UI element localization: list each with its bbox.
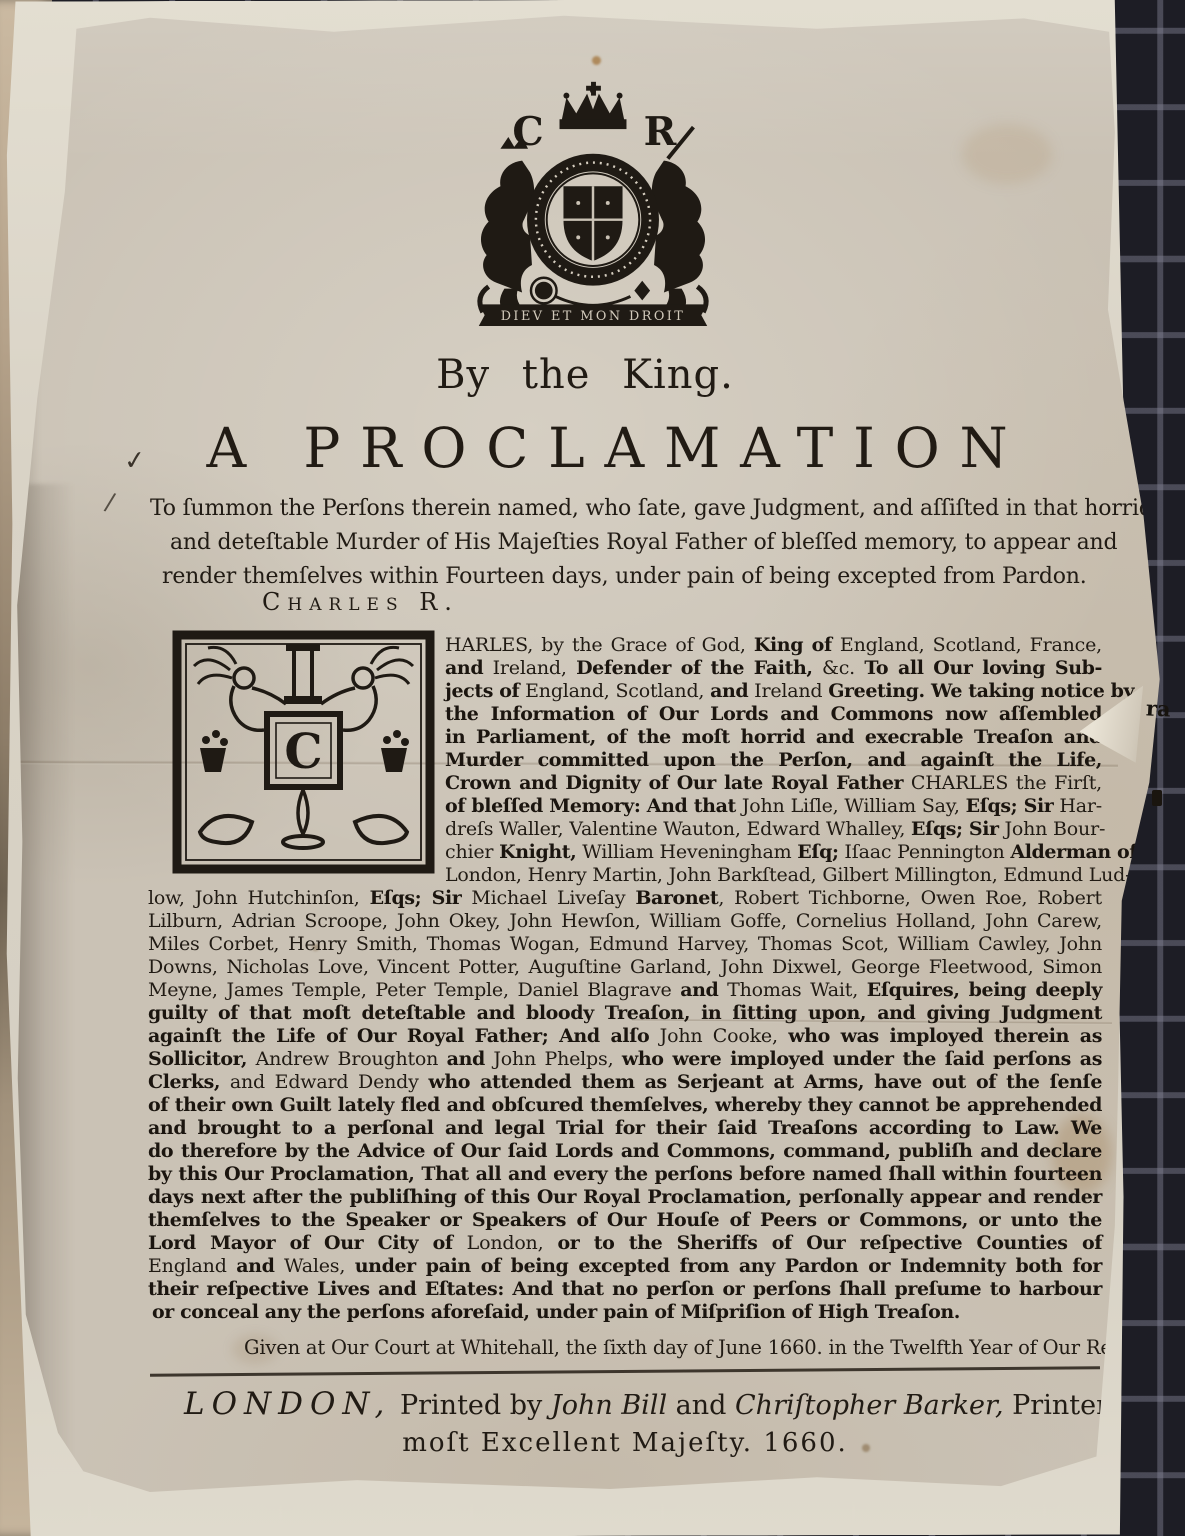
text-line: and deteſtable Murder of His Majeſties R…	[150, 526, 1098, 560]
text-line: do therefore by the Advice of Our ſaid L…	[148, 1140, 1102, 1163]
motto-banner: DIEV ET MON DROIT	[479, 304, 707, 326]
peeking-print-fleck	[1152, 790, 1162, 806]
text-line: Clerks, and Edward Dendy who attended th…	[148, 1071, 1102, 1094]
text-line: of bleſſed Memory: And that John Liſle, …	[148, 795, 1102, 818]
text-line: HARLES, by the Grace of God, King of Eng…	[148, 634, 1102, 657]
text-line: or conceal any the perſons aforeſaid, un…	[148, 1301, 1102, 1324]
text-line: England and Wales, under pain of being e…	[148, 1255, 1102, 1278]
proclamation-title: A PROCLAMATION	[140, 416, 1094, 480]
text-line: their reſpective Lives and Eſtates: And …	[148, 1278, 1102, 1301]
motto-text: DIEV ET MON DROIT	[501, 309, 686, 324]
text-line: by this Our Proclamation, That all and e…	[148, 1163, 1102, 1186]
royal-coat-of-arms: C R	[465, 68, 721, 330]
imprint-line-2: moſt Excellent Majeſty. 1660.	[148, 1428, 1102, 1458]
lion-supporter-icon	[480, 137, 534, 314]
text-line: themſelves to the Speaker or Speakers of…	[148, 1209, 1102, 1232]
imprint-line-1: LONDON, Printed by John Bill and Chriſto…	[184, 1386, 1185, 1422]
text-line: Lord Mayor of Our City of London, or to …	[148, 1232, 1102, 1255]
text-line: in Parliament, of the moſt horrid and ex…	[148, 726, 1102, 749]
printed-content: C R	[148, 14, 1102, 1492]
royal-shield	[563, 186, 622, 261]
text-line: the Information of Our Lords and Commons…	[148, 703, 1102, 726]
photograph-of-proclamation: C R	[0, 0, 1185, 1536]
kicker-by-the-king: By the King.	[108, 352, 1062, 398]
text-line: guilty of that moſt deteſtable and blood…	[148, 1002, 1102, 1025]
proclamation-body-text: HARLES, by the Grace of God, King of Eng…	[148, 634, 1102, 1324]
handwritten-slash-mark: /	[103, 487, 118, 516]
text-line: Miles Corbet, Henry Smith, Thomas Wogan,…	[148, 933, 1102, 956]
text-line: Downs, Nicholas Love, Vincent Potter, Au…	[148, 956, 1102, 979]
text-line: Sollicitor, Andrew Broughton and John Ph…	[148, 1048, 1102, 1071]
text-line: Lilburn, Adrian Scroope, John Okey, John…	[148, 910, 1102, 933]
dateline-whitehall: Given at Our Court at Whitehall, the ſix…	[244, 1336, 1148, 1359]
text-line: chier Knight, William Heveningham Eſq; I…	[148, 841, 1102, 864]
crown-icon	[560, 82, 627, 129]
text-line: Murder committed upon the Perſon, and ag…	[148, 749, 1102, 772]
unicorn-supporter-icon	[652, 127, 706, 314]
text-line: and Ireland, Defender of the Faith, &c. …	[148, 657, 1102, 680]
handwritten-checkmark: ✓	[122, 445, 147, 477]
text-line: London, Henry Martin, John Barkſtead, Gi…	[148, 864, 1102, 887]
text-line: Meyne, James Temple, Peter Temple, Danie…	[148, 979, 1102, 1002]
text-line: dreſs Waller, Valentine Wauton, Edward W…	[148, 818, 1102, 841]
text-line: againſt the Life of Our Royal Father; An…	[148, 1025, 1102, 1048]
text-line: of their own Guilt lately fled and obſcu…	[148, 1094, 1102, 1117]
royal-signature-charles-r: Charles R.	[262, 588, 459, 616]
proclamation-summary: To ſummon the Perſons therein named, who…	[150, 492, 1098, 594]
text-line: low, John Hutchinſon, Eſqs; Sir Michael …	[148, 887, 1102, 910]
royal-cipher-r: R	[644, 109, 677, 155]
peeking-print-fragment: ra	[1145, 695, 1171, 721]
text-line: jects of England, Scotland, and Ireland …	[148, 680, 1102, 703]
text-line: Crown and Dignity of Our late Royal Fath…	[148, 772, 1102, 795]
text-line: and brought to a perſonal and legal Tria…	[148, 1117, 1102, 1140]
text-line: To ſummon the Perſons therein named, who…	[150, 492, 1098, 526]
proclamation-broadside-sheet: C R	[12, 14, 1162, 1492]
imprint-divider-rule	[150, 1366, 1100, 1376]
text-line: days next after the publiſhing of this O…	[148, 1186, 1102, 1209]
